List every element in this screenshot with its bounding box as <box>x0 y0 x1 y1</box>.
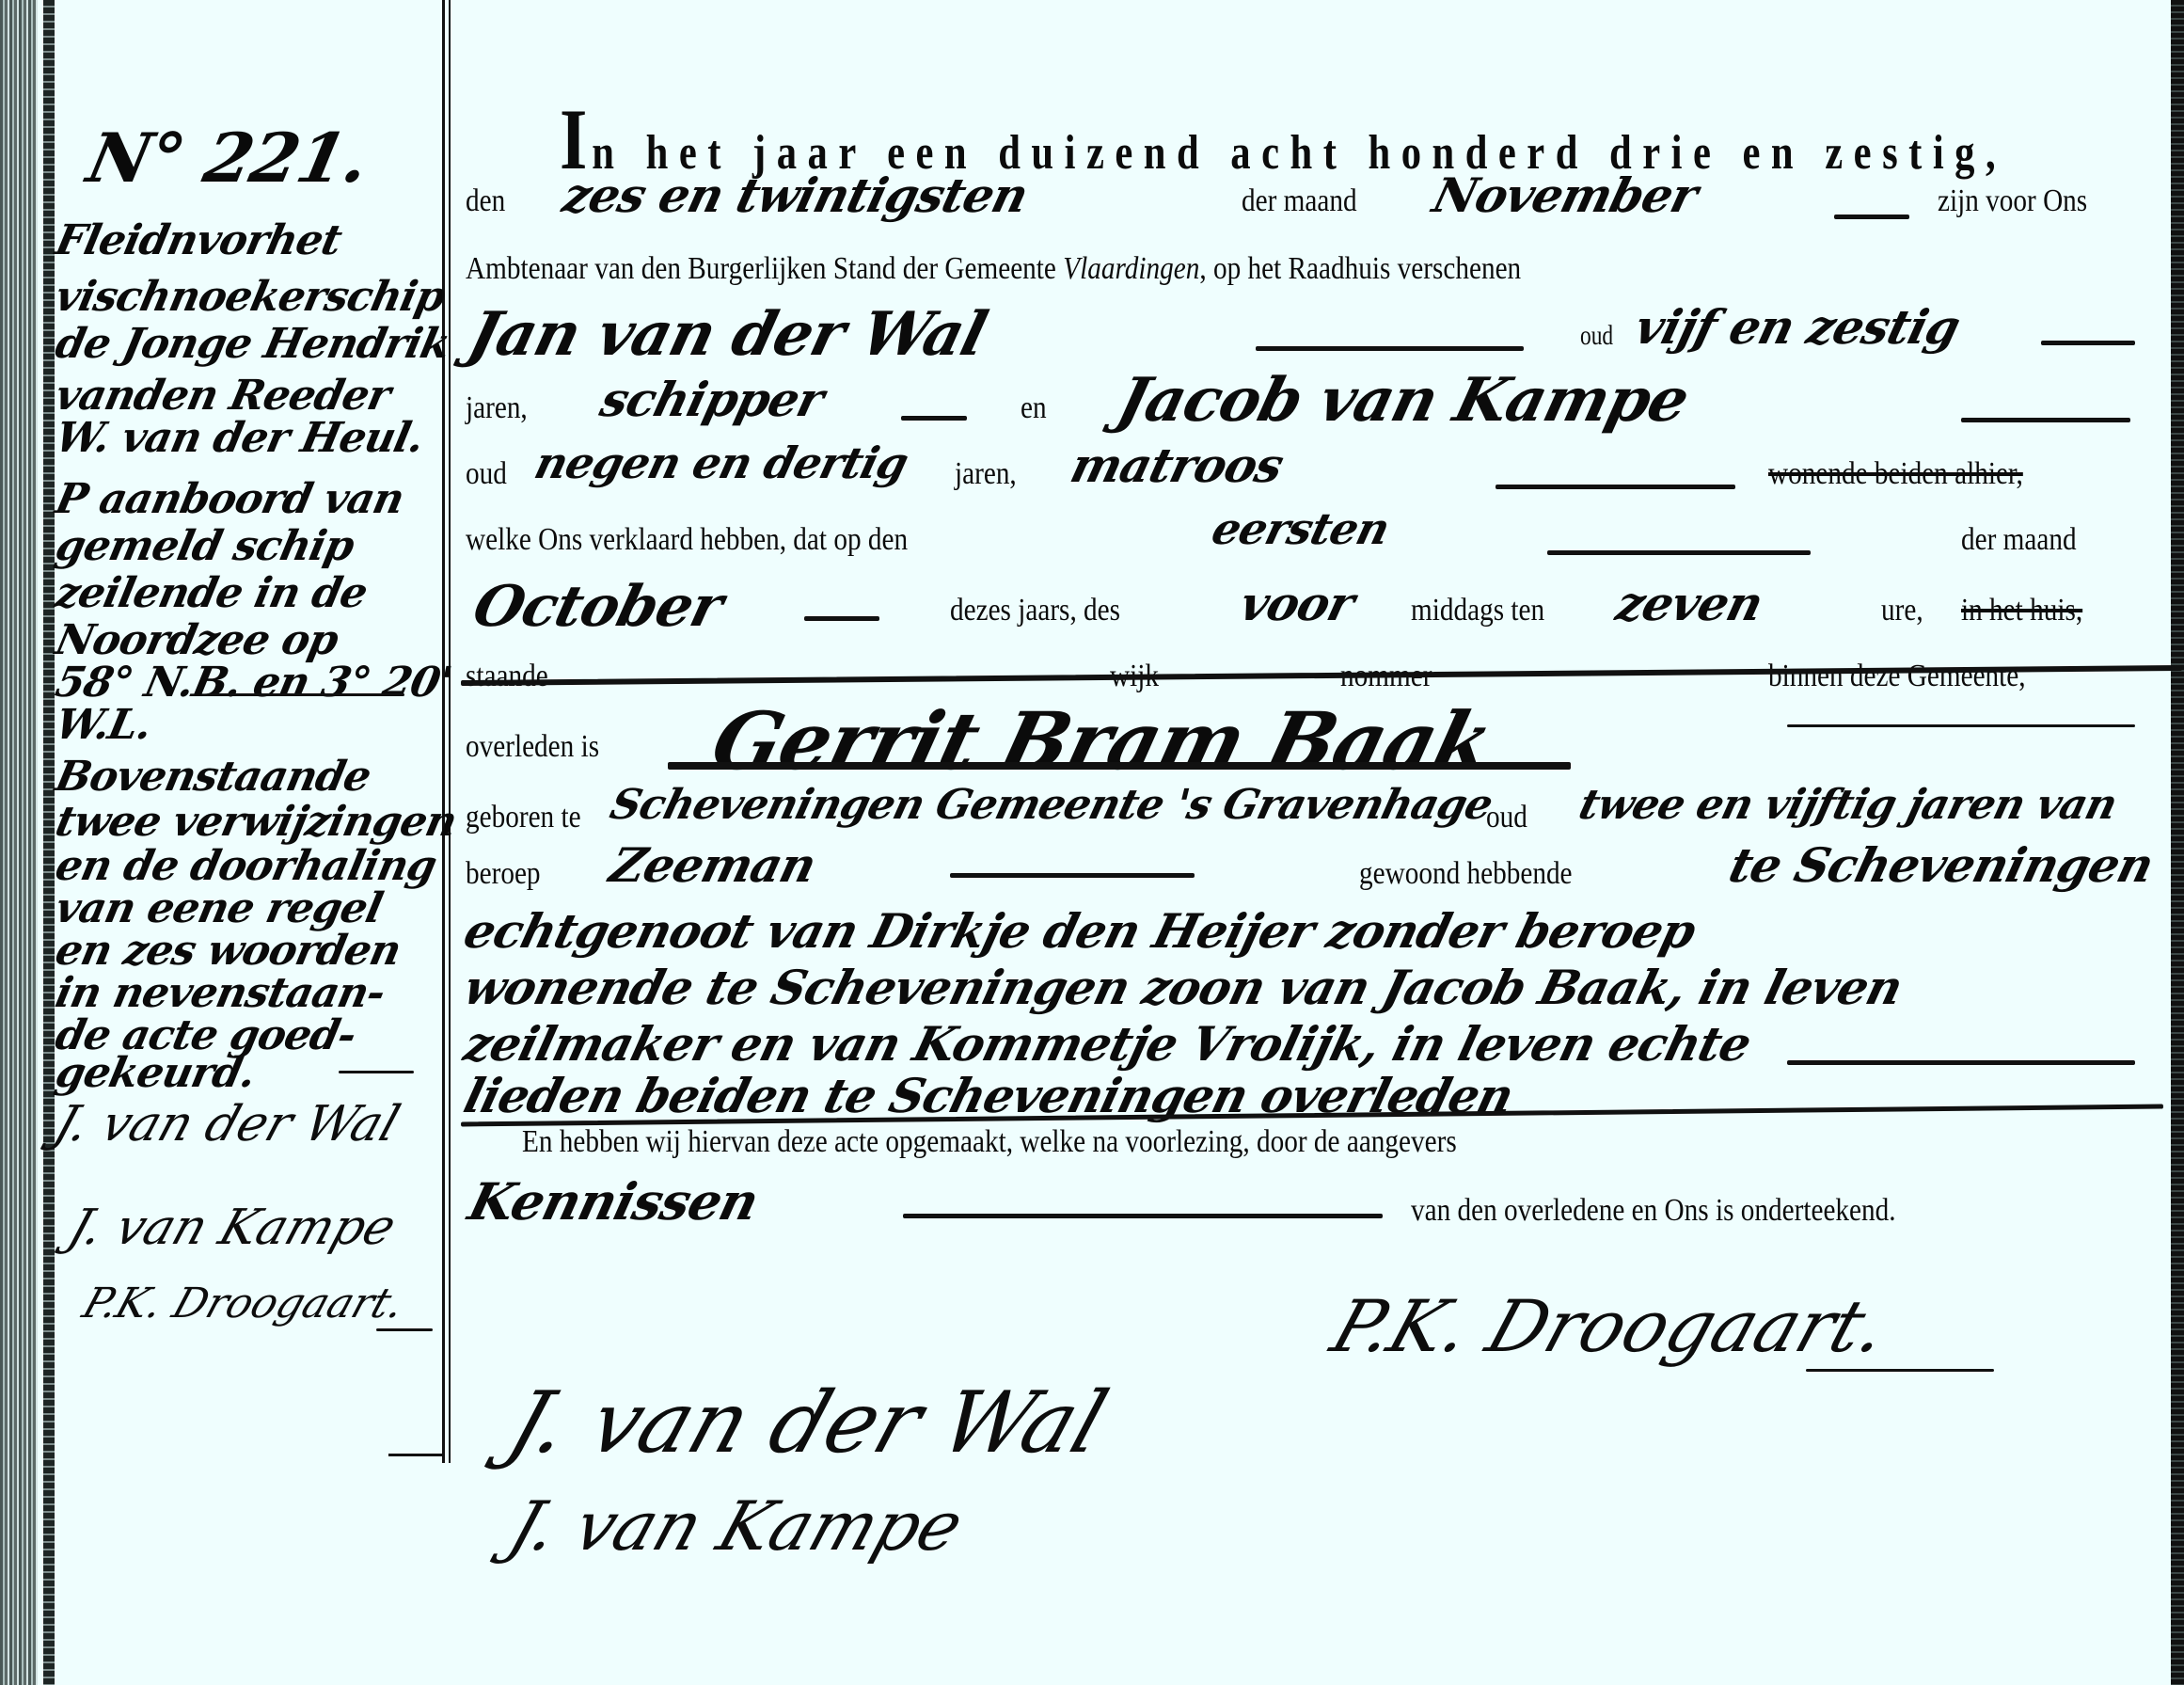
municipality-label: binnen deze Gemeente, <box>1768 659 2026 694</box>
fill-rule <box>950 873 1195 878</box>
handwritten-month: November <box>1428 167 1703 223</box>
fill-rule <box>1547 550 1811 555</box>
signature-declarant1: J. van der Wal <box>497 1374 1118 1472</box>
age-prefix: oud <box>466 456 507 492</box>
month-label: der maand <box>1961 522 2077 558</box>
margin-line: W.L. <box>52 701 156 749</box>
handwritten-continuation: zeilmaker en van Kommetje Vrolijk, in le… <box>459 1016 1757 1072</box>
deceased-underline <box>668 762 1571 770</box>
handwritten-birthplace: Scheveningen Gemeente 's Gravenhage <box>606 781 1497 829</box>
margin-line: de Jonge Hendrik <box>52 320 454 368</box>
margin-line: vanden Reeder <box>52 372 394 420</box>
handwritten-hour: zeven <box>1611 576 1768 631</box>
margin-line: W. van der Heul. <box>52 414 428 462</box>
page-edge-right <box>2171 0 2184 1685</box>
fill-rule <box>1787 1060 2135 1065</box>
time-prefix: dezes jaars, des <box>950 593 1120 628</box>
declarant2-age: negen en dertig <box>530 437 912 488</box>
handwritten-occupation: Zeeman <box>605 837 821 893</box>
fill-rule <box>1787 724 2135 727</box>
struck-text: wonende beiden alhier, <box>1768 456 2023 492</box>
margin-line: twee verwijzingen <box>52 798 461 846</box>
margin-line: vischnoekerschip <box>52 273 450 321</box>
margin-line: Fleidnvorhet <box>52 216 346 264</box>
margin-divider-foot <box>388 1454 445 1456</box>
handwritten-residence: te Scheveningen <box>1724 837 2159 893</box>
time-label: middags ten <box>1411 593 1544 628</box>
handwritten-death-month: October <box>467 574 729 640</box>
signature-flourish <box>1806 1369 1994 1372</box>
handwritten-ampm: voor <box>1235 576 1360 631</box>
years-label: jaren, <box>955 456 1017 492</box>
municipality: Vlaardingen <box>1063 251 1199 286</box>
margin-line: 58° N.B. en 3° 20' <box>52 659 456 707</box>
handwritten-day: zes en twintigsten <box>558 167 1034 223</box>
struck-text: in het huis, <box>1961 593 2082 628</box>
record-number: N° 221. <box>81 118 375 198</box>
margin-signature: J. van der Wal <box>47 1096 406 1152</box>
line-month-prefix: der maand <box>1242 183 1357 219</box>
deceased-name: Gerrit Bram Baak <box>704 694 1501 787</box>
hour-suffix: ure, <box>1881 593 1923 628</box>
margin-signature: J. van Kampe <box>61 1200 403 1256</box>
fill-rule <box>1256 346 1524 351</box>
margin-line: zeilende in de <box>52 569 372 617</box>
margin-line: en de doorhaling <box>52 842 441 890</box>
fill-rule <box>1834 215 1909 219</box>
handwritten-continuation: wonende te Scheveningen zoon van Jacob B… <box>459 960 1908 1015</box>
margin-line: P aanboord van <box>52 475 408 523</box>
declarant1-occupation: schipper <box>595 372 830 427</box>
margin-rule-line <box>339 1071 414 1073</box>
line-suffix: zijn voor Ons <box>1938 183 2087 219</box>
signature-official: P.K. Droogaart. <box>1322 1284 1899 1368</box>
official-text: Ambtenaar van den Burgerlijken Stand der… <box>466 251 1056 286</box>
declarant2-occupation: matroos <box>1066 437 1289 493</box>
handwritten-relation: Kennissen <box>463 1171 765 1232</box>
margin-signature: P.K. Droogaart. <box>77 1280 411 1327</box>
signing-text: van den overledene en Ons is onderteeken… <box>1411 1193 1896 1229</box>
margin-line: van eene regel <box>52 884 387 932</box>
margin-line: gemeld schip <box>52 522 358 570</box>
margin-line: Bovenstaande <box>52 753 375 801</box>
book-binding-edge <box>0 0 38 1685</box>
declarant2-name: Jacob van Kampe <box>1111 365 1696 436</box>
margin-line: in nevenstaan- <box>52 969 389 1017</box>
address-label: staande <box>466 659 548 694</box>
age-prefix: oud <box>1486 800 1527 835</box>
signature-declarant2: J. van Kampe <box>499 1486 973 1566</box>
margin-divider <box>442 0 451 1463</box>
margin-rule-line <box>207 693 404 696</box>
declarant1-name: Jan van der Wal <box>462 299 993 370</box>
fill-rule <box>2041 341 2135 345</box>
official-text-end: , op het Raadhuis verschenen <box>1199 251 1521 286</box>
handwritten-death-day: eersten <box>1207 503 1394 554</box>
birthplace-label: geboren te <box>466 800 581 835</box>
declarant1-age: vijf en zestig <box>1630 299 1966 355</box>
fill-rule <box>903 1214 1383 1218</box>
age-prefix: oud <box>1580 320 1613 352</box>
deceased-label: overleden is <box>466 729 599 765</box>
declaration-text: welke Ons verklaard hebben, dat op den <box>466 522 908 558</box>
fill-rule <box>1961 418 2130 422</box>
closing-text: En hebben wij hiervan deze acte opgemaak… <box>522 1124 1457 1160</box>
years-label: jaren, <box>466 390 528 426</box>
margin-line: Noordzee op <box>52 616 342 664</box>
occupation-label: beroep <box>466 856 541 892</box>
conjunction: en <box>1021 390 1047 426</box>
margin-line: gekeurd. <box>52 1049 260 1097</box>
fill-rule <box>804 616 879 621</box>
line-official: Ambtenaar van den Burgerlijken Stand der… <box>466 251 1521 287</box>
margin-rule-line <box>376 1328 433 1331</box>
fill-rule <box>1496 485 1735 489</box>
handwritten-deceased-age: twee en vijftig jaren van <box>1575 781 2122 829</box>
handwritten-continuation: echtgenoot van Dirkje den Heijer zonder … <box>459 903 1701 959</box>
residence-label: gewoond hebbende <box>1359 856 1573 892</box>
line-date-prefix: den <box>466 183 505 219</box>
margin-line: en zes woorden <box>52 927 405 975</box>
fill-rule <box>901 416 967 421</box>
